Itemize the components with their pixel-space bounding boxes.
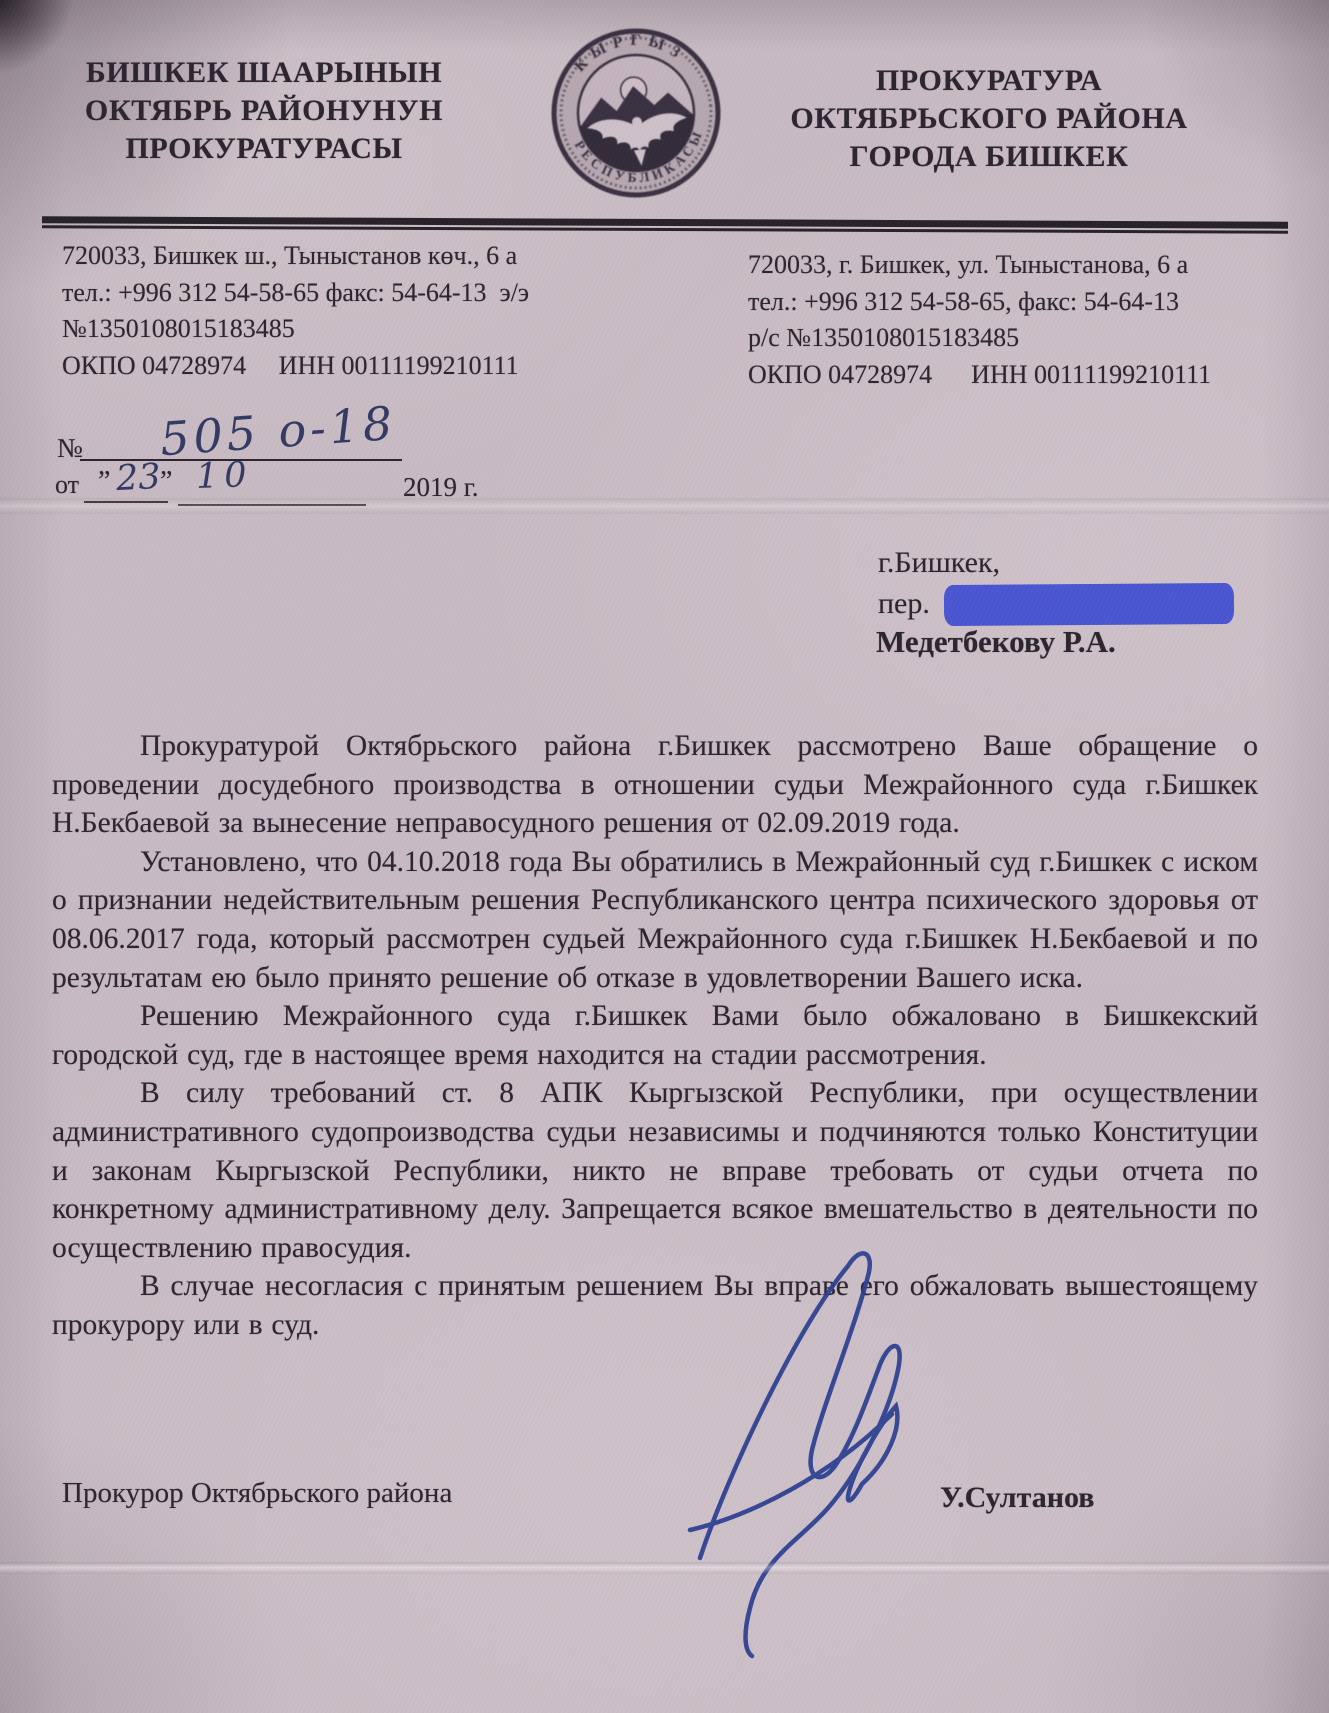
ref-number-underline	[80, 459, 402, 461]
recipient-name: Медетбекову Р.А.	[876, 624, 1116, 660]
body-paragraph: Установлено, что 04.10.2018 года Вы обра…	[52, 843, 1258, 997]
letterhead-title-line: ПРОКУРАТУРА	[760, 62, 1218, 100]
recipient-city: г.Бишкек,	[878, 546, 1000, 580]
ref-date-label: от	[55, 470, 79, 500]
contact-line: тел.: +996 312 54-58-65, факс: 54-64-13	[748, 284, 1211, 321]
ref-day-handwritten: 23	[115, 457, 162, 499]
letterhead-title-line: ОКТЯБРЬ РАЙОНУНУН	[58, 92, 470, 130]
contact-line: №1350108015183485	[62, 311, 529, 348]
signer-name: У.Султанов	[940, 1481, 1094, 1515]
ref-year-suffix: 2019 г.	[403, 472, 479, 503]
contact-line: 720033, г. Бишкек, ул. Тыныстанова, 6 а	[748, 247, 1211, 284]
letterhead-title-line: ОКТЯБРЬСКОГО РАЙОНА	[760, 100, 1218, 138]
letterhead-title-russian: ПРОКУРАТУРАОКТЯБРЬСКОГО РАЙОНАГОРОДА БИШ…	[760, 62, 1218, 176]
contact-line: ОКПО 04728974 ИНН 00111199210111	[748, 357, 1211, 394]
letterhead-title-line: БИШКЕК ШААРЫНЫН	[58, 54, 470, 92]
ref-day-underline	[84, 501, 168, 503]
ref-month-underline	[178, 504, 366, 506]
recipient-street-prefix: пер.	[878, 587, 930, 621]
letter-page: БИШКЕК ШААРЫНЫНОКТЯБРЬ РАЙОНУНУНПРОКУРАТ…	[0, 0, 1329, 1713]
contact-line: ОКПО 04728974 ИНН 00111199210111	[62, 348, 529, 385]
ref-number-handwritten: 505 о-18	[158, 396, 397, 466]
redacted-address-bar	[944, 583, 1234, 626]
ref-close-quote: ”	[160, 466, 172, 498]
ref-number-label: №	[57, 433, 83, 464]
letterhead-title-line: ГОРОДА БИШКЕК	[760, 138, 1218, 176]
body-paragraph: Решению Межрайонного суда г.Бишкек Вами …	[52, 997, 1258, 1074]
contact-block-kyrgyz: 720033, Бишкек ш., Тыныстанов көч., 6 ат…	[62, 238, 529, 384]
ref-month-handwritten: 10	[195, 455, 253, 497]
ref-open-quote: ”	[98, 466, 110, 498]
letterhead-title-line: ПРОКУРАТУРАСЫ	[58, 130, 470, 168]
kyrgyz-republic-seal-icon: КЫРГЫЗ РЕСПУБЛИКАСЫ	[540, 17, 731, 208]
paper-fold-crease	[0, 498, 1329, 514]
contact-line: 720033, Бишкек ш., Тыныстанов көч., 6 а	[62, 238, 529, 275]
contact-block-russian: 720033, г. Бишкек, ул. Тыныстанова, 6 ат…	[748, 247, 1211, 393]
contact-line: тел.: +996 312 54-58-65 факс: 54-64-13 э…	[62, 275, 529, 312]
signature-ink	[630, 1228, 940, 1668]
letterhead-title-kyrgyz: БИШКЕК ШААРЫНЫНОКТЯБРЬ РАЙОНУНУНПРОКУРАТ…	[58, 54, 470, 168]
contact-line: р/с №1350108015183485	[748, 320, 1211, 357]
body-paragraph: Прокуратурой Октябрьского района г.Бишке…	[52, 727, 1258, 843]
signer-position: Прокурор Октябрьского района	[62, 1477, 452, 1510]
letterhead-divider	[42, 216, 1288, 233]
